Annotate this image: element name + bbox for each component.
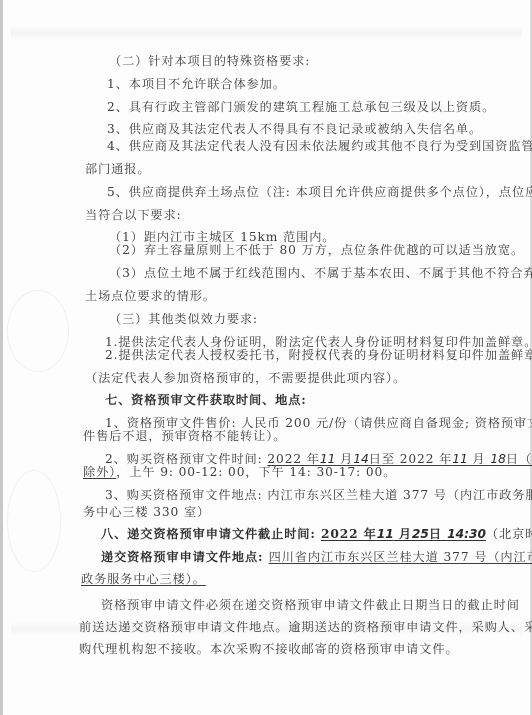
section-7-item-1-line2: 件售后不退，预审资格不能转让）。	[83, 429, 286, 443]
section-7-heading: 七、资格预审文件获取时间、地点:	[105, 393, 307, 407]
deadline-year: 2022 年	[321, 527, 377, 541]
section-2-item-5-line1: 5、供应商提供弃土场点位（注: 本项目允许供应商提供多个点位），点位应	[107, 185, 532, 199]
end-day-handwritten: 18	[490, 452, 506, 466]
section-3-heading: （三）其他类似效力要求:	[109, 312, 258, 326]
submission-location-label: 递交资格预审申请文件地点:	[101, 550, 269, 564]
requirement-1: （1）距内江市主城区 15km 范围内。	[109, 230, 335, 244]
closing-line-3: 购代理机构恕不接收。本次采购不接收邮寄的资格预审申请文件。	[79, 642, 459, 656]
requirement-2: （2）弃土容量原则上不低于 80 万方，点位条件优越的可以适当放宽。	[109, 243, 524, 257]
month-label: 月	[335, 452, 353, 466]
end-month-handwritten: 11	[452, 452, 468, 466]
holiday-note: 日（节假日	[506, 452, 532, 466]
section-3-item-2-line2: （法定代表人参加资格预审的，不需要提供此项内容）。	[85, 371, 406, 385]
closing-line-2: 前送达递交资格预审申请文件地点。逾期送达的资格预审申请文件，采购人、采	[79, 620, 532, 634]
closing-line-1: 资格预审申请文件必须在递交资格预审申请文件截止日期当日的截止时间	[101, 598, 520, 612]
submission-location-line2: 政务服务中心三楼）。	[81, 572, 206, 586]
requirement-3-line1: （3）点位土地不属于红线范围内、不属于基本农田、不属于其他不符合弃	[109, 266, 532, 280]
submission-address: 四川省内江市东兴区兰桂大道 377 号（内江市	[269, 550, 532, 564]
purchase-time-label: 2、购买资格预审文件时间:	[105, 452, 267, 466]
section-3-item-2-line1: 2.提供法定代表人授权委托书，附授权代表的身份证明材料复印件加盖鲜章	[105, 348, 532, 362]
deadline-minute-handwritten: 30	[469, 527, 486, 541]
start-month-handwritten: 11	[320, 452, 336, 466]
section-7-item-2-line1: 2、购买资格预审文件时间: 2022 年11 月14日至 2022 年11 月 …	[105, 452, 532, 466]
section-8-deadline: 八、递交资格预审申请文件截止时间: 2022 年11 月25日 14:30（北京…	[101, 527, 532, 541]
holiday-exclusion: 除外）	[83, 465, 116, 479]
section-7-item-3-line2: 务中心三楼 330 室）	[83, 505, 210, 519]
requirement-3-line2: 土场点位要求的情形。	[85, 289, 216, 303]
timezone-note: （北京时间）。	[486, 527, 532, 541]
faint-stamp-mark	[7, 290, 69, 372]
section-2-item-1: 1、本项目不允许联合体参加。	[107, 77, 286, 91]
scan-artifact-band	[11, 26, 522, 40]
to-end-year: 日至 2022 年	[369, 452, 452, 466]
submission-location-line1: 递交资格预审申请文件地点: 四川省内江市东兴区兰桂大道 377 号（内江市	[101, 550, 532, 564]
deadline-label: 八、递交资格预审申请文件截止时间:	[101, 527, 321, 541]
section-2-item-4-line1: 4、供应商及其法定代表人没有因未依法履约或其他不良行为受到国资监管	[107, 139, 532, 153]
section-7-item-2-line2: 除外），上午 9: 00-12: 00，下午 14: 30-17: 00。	[83, 465, 396, 479]
section-2-item-2: 2、具有行政主管部门颁发的建筑工程施工总承包三级及以上资质。	[107, 100, 495, 114]
month-label: 月	[468, 452, 491, 466]
deadline-day-handwritten: 25	[412, 527, 429, 541]
deadline-value: 2022 年11 月25日 14:30	[321, 527, 486, 541]
day-label: 日	[429, 527, 447, 541]
faint-stamp-mark	[7, 470, 61, 572]
deadline-hour-handwritten: 14	[447, 527, 464, 541]
start-year: 2022 年	[267, 452, 319, 466]
start-day-handwritten: 14	[353, 452, 369, 466]
deadline-month-handwritten: 11	[377, 527, 394, 541]
month-label: 月	[394, 527, 412, 541]
section-3-item-1: 1.提供法定代表人身份证明，附法定代表人身份证明材料复印件加盖鲜章。	[105, 335, 532, 349]
document-page: （二）针对本项目的特殊资格要求: 1、本项目不允许联合体参加。 2、具有行政主管…	[0, 0, 532, 715]
section-2-heading: （二）针对本项目的特殊资格要求:	[109, 54, 310, 68]
section-7-item-3-line1: 3、购买资格预审文件地点: 内江市东兴区兰桂大道 377 号（内江市政务服	[105, 488, 532, 502]
office-hours: ，上午 9: 00-12: 00，下午 14: 30-17: 00。	[116, 465, 396, 479]
section-7-item-1-line1: 1、资格预审文件售价: 人民币 200 元/份（请供应商自备现金; 资格预审文	[105, 416, 532, 430]
section-2-item-5-line2: 当符合以下要求:	[85, 208, 182, 222]
purchase-time-range: 2022 年11 月14日至 2022 年11 月 18日（节假日	[267, 452, 532, 466]
section-2-item-4-line2: 部门通报。	[85, 162, 150, 176]
section-2-item-3: 3、供应商及其法定代表人不得具有不良记录或被纳入失信名单。	[107, 122, 482, 136]
